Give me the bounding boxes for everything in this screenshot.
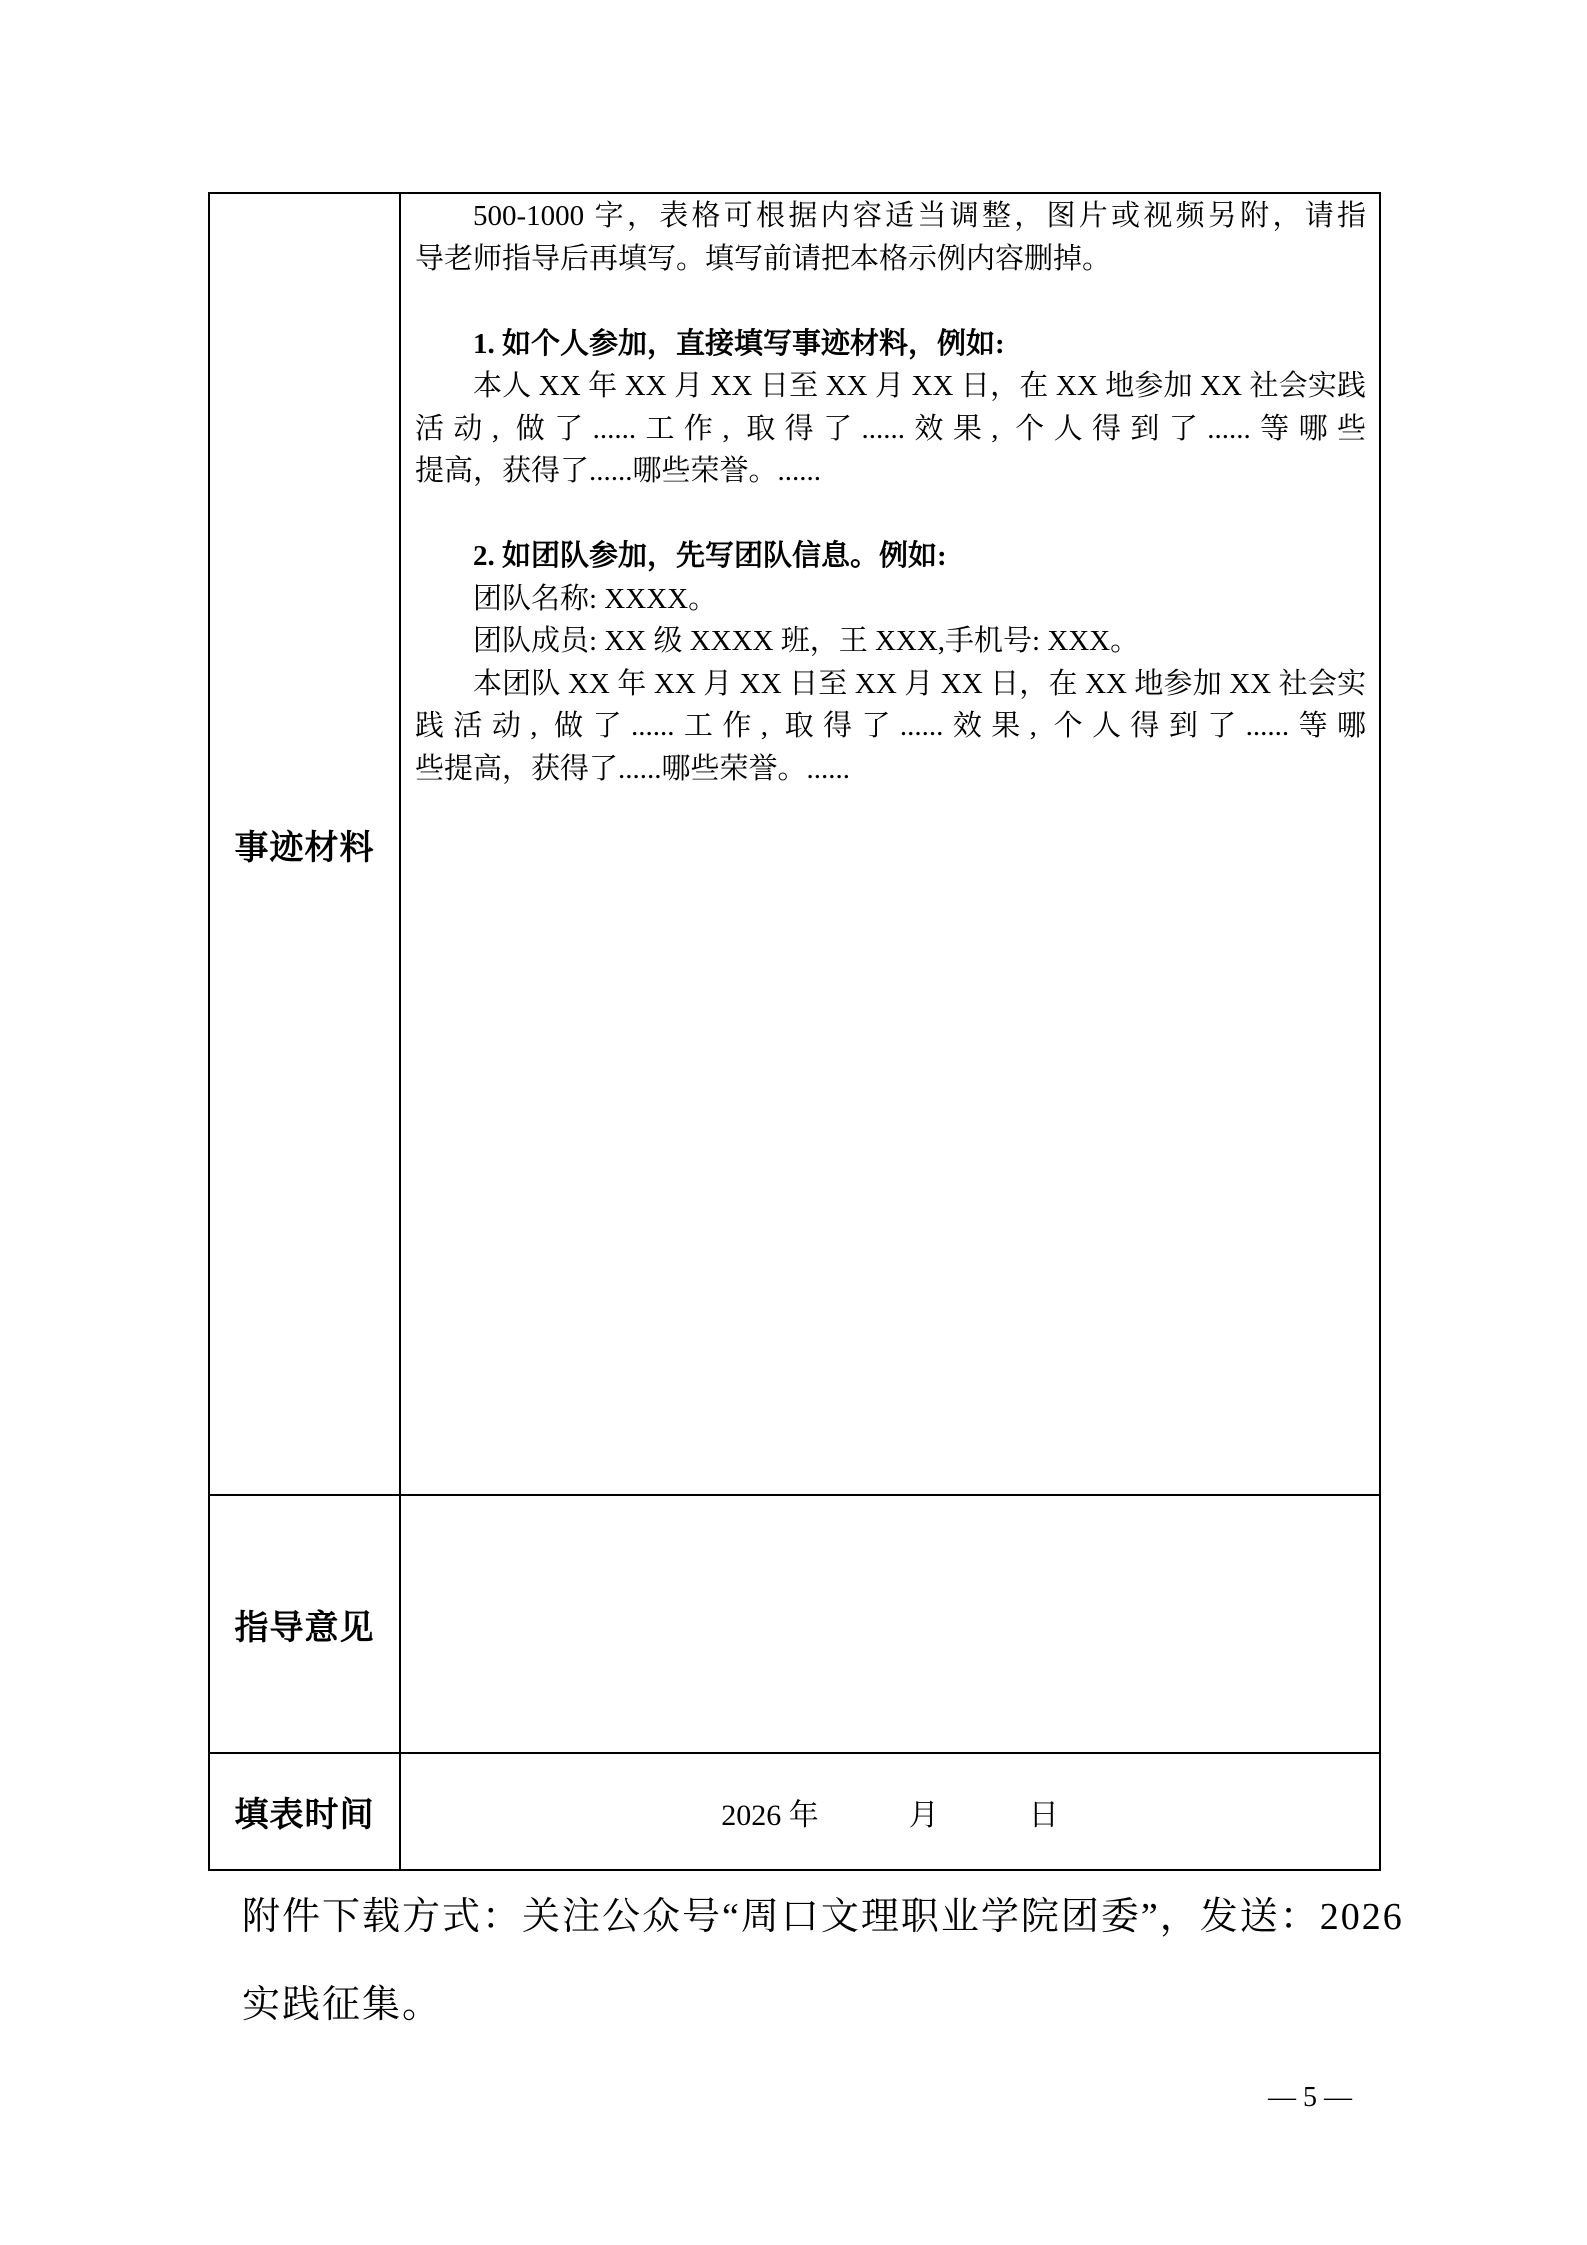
content-line: 践活动, 做了......工作, 取得了......效果, 个人得到了.....…: [415, 705, 1366, 748]
deeds-material-label: 事迹材料: [235, 820, 375, 869]
content-line: 1. 如个人参加，直接填写事迹材料，例如:: [415, 323, 1366, 366]
content-line: [415, 280, 1366, 323]
row-label-deeds-material: 事迹材料: [210, 194, 401, 1496]
guidance-opinion-label: 指导意见: [235, 1600, 375, 1649]
attachment-note-line1: 附件下载方式：关注公众号“周口文理职业学院团委”，发送：2026: [242, 1894, 1542, 1940]
content-line: 活动, 做了......工作, 取得了......效果, 个人得到了......…: [415, 408, 1366, 451]
row-label-guidance-opinion: 指导意见: [210, 1496, 401, 1754]
content-line: 2. 如团队参加，先写团队信息。例如:: [415, 535, 1366, 578]
guidance-opinion-cell: [401, 1496, 1379, 1754]
fill-date-value: 2026 年 月 日: [721, 1790, 1059, 1834]
content-line: [415, 493, 1366, 536]
content-line: 团队名称: XXXX。: [415, 578, 1366, 621]
row-label-fill-date: 填表时间: [210, 1754, 401, 1869]
attachment-note-line2: 实践征集。: [242, 1982, 1542, 2028]
page-number: — 5 —: [1268, 2082, 1352, 2114]
deeds-material-cell: 500-1000 字，表格可根据内容适当调整，图片或视频另附，请指导老师指导后再…: [401, 194, 1379, 1496]
content-line: 500-1000 字，表格可根据内容适当调整，图片或视频另附，请指: [415, 195, 1366, 238]
attachment-note: 附件下载方式：关注公众号“周口文理职业学院团委”，发送：2026 实践征集。: [242, 1894, 1542, 2028]
content-line: 团队成员: XX 级 XXXX 班，王 XXX,手机号: XXX。: [415, 620, 1366, 663]
content-line: 本团队 XX 年 XX 月 XX 日至 XX 月 XX 日，在 XX 地参加 X…: [415, 663, 1366, 706]
document-page: 事迹材料 500-1000 字，表格可根据内容适当调整，图片或视频另附，请指导老…: [0, 0, 1587, 2245]
fill-date-cell: 2026 年 月 日: [401, 1754, 1379, 1869]
form-table: 事迹材料 500-1000 字，表格可根据内容适当调整，图片或视频另附，请指导老…: [208, 192, 1381, 1871]
content-line: 本人 XX 年 XX 月 XX 日至 XX 月 XX 日，在 XX 地参加 XX…: [415, 365, 1366, 408]
content-line: 提高，获得了......哪些荣誉。......: [415, 450, 1366, 493]
content-line: 导老师指导后再填写。填写前请把本格示例内容删掉。: [415, 238, 1366, 281]
content-line: 些提高，获得了......哪些荣誉。......: [415, 748, 1366, 791]
fill-date-label: 填表时间: [235, 1787, 375, 1836]
